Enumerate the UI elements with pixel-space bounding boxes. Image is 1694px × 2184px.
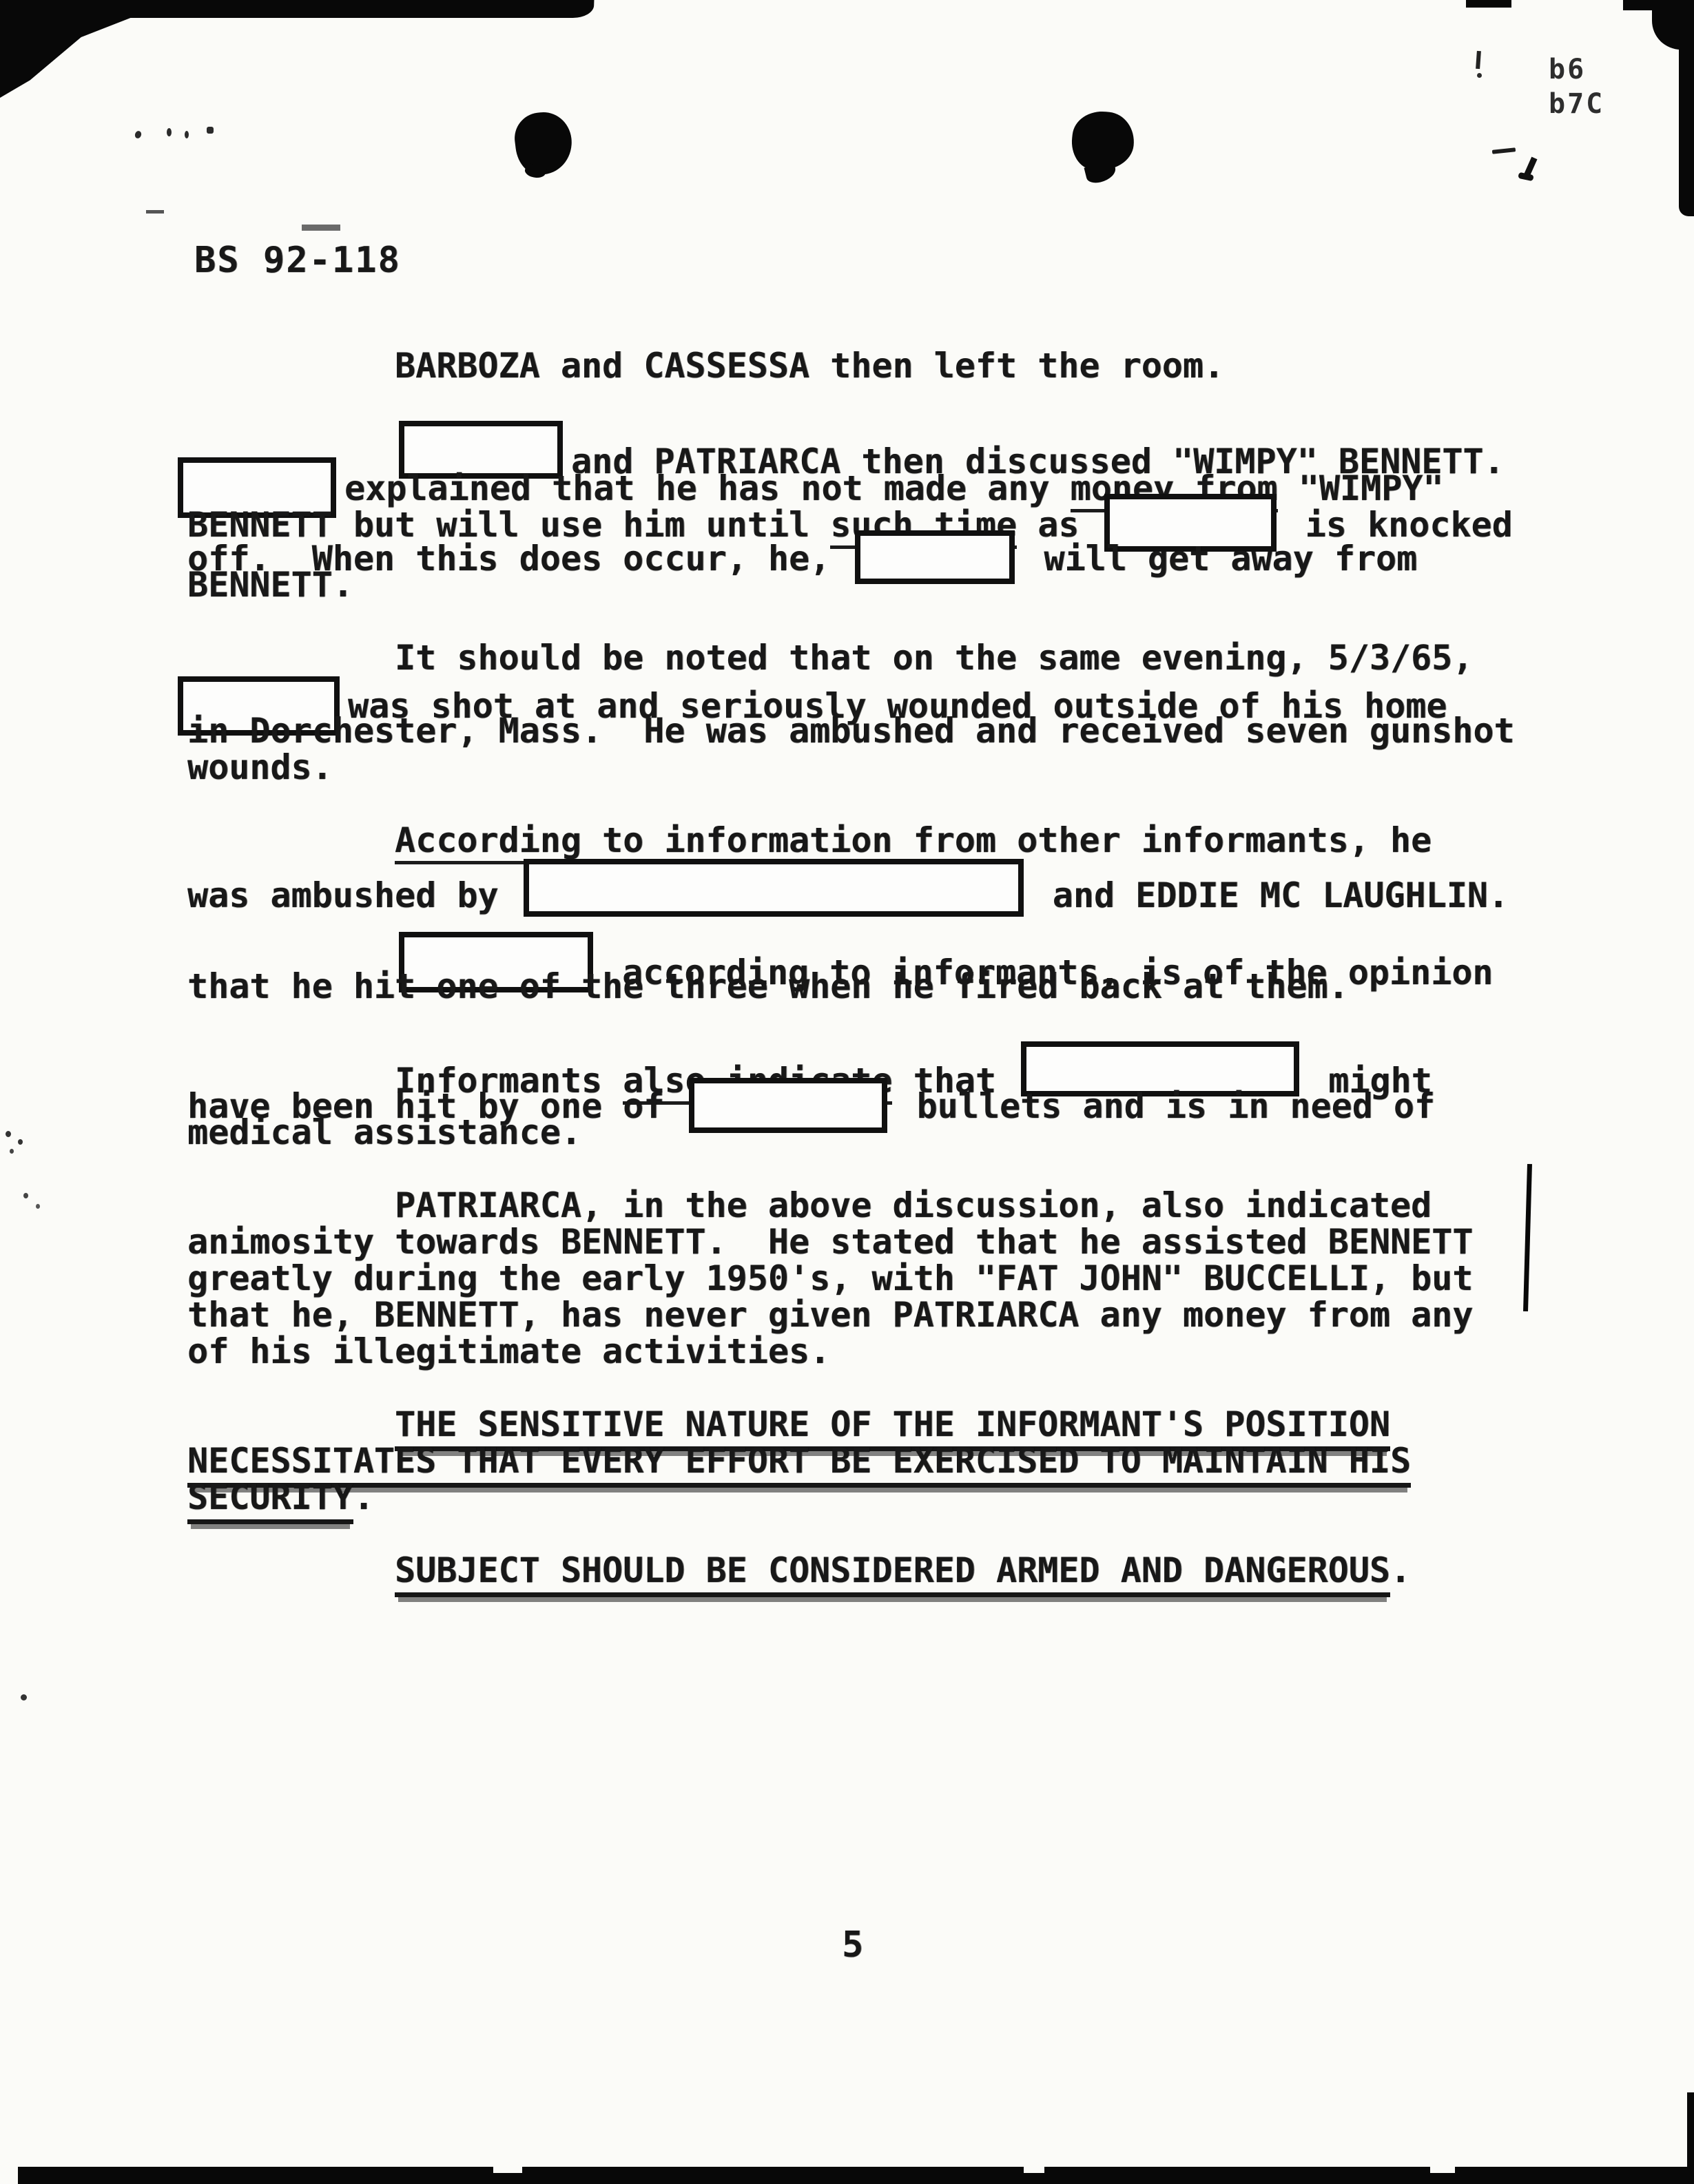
paragraph: according to informants, is of the opini… — [187, 932, 1572, 1005]
typed-line: have been hit by one of bullets and is i… — [187, 1078, 1572, 1114]
typed-line: off. When this does occur, he, will get … — [187, 530, 1572, 567]
scan-band-gap — [493, 2167, 522, 2173]
typed-text: wounds. — [187, 747, 333, 787]
typed-line: It should be noted that on the same even… — [187, 640, 1572, 676]
scan-edge-bottom-band — [18, 2167, 1694, 2184]
smudge-mark — [146, 210, 164, 214]
typed-text: bullets and is in need of — [896, 1086, 1435, 1126]
typed-line: in Dorchester, Mass. He was ambushed and… — [187, 713, 1572, 749]
classification-code-b7c: b7C — [1549, 87, 1604, 121]
paragraph: Informants also indicate that mighthave … — [187, 1041, 1572, 1151]
typed-text: BENNETT. — [187, 565, 353, 605]
margin-speck — [21, 1694, 27, 1701]
scan-edge-fragment — [1466, 0, 1511, 8]
paragraph: SUBJECT SHOULD BE CONSIDERED ARMED AND D… — [187, 1552, 1572, 1589]
redaction-box — [524, 859, 1024, 917]
pen-speck — [167, 128, 172, 136]
typed-document: BARBOZA and CASSESSA then left the room.… — [187, 348, 1572, 1625]
scan-edge-right-strip-bottom — [1687, 2092, 1694, 2184]
stray-arrow-mark — [1492, 147, 1516, 154]
stray-exclamation-mark — [1476, 51, 1481, 69]
paragraph: PATRIARCA, in the above discussion, also… — [187, 1187, 1572, 1370]
scanned-fbi-document-page: { "annotations": { "classification_codes… — [0, 0, 1694, 2184]
typed-text: will get away from — [1023, 539, 1417, 579]
classification-code-b6: b6 — [1549, 52, 1604, 87]
typed-text: SECURITY — [187, 1477, 353, 1524]
classification-codes: b6 b7C — [1549, 52, 1604, 121]
pen-speck — [207, 127, 214, 134]
typed-line: NECESSITATES THAT EVERY EFFORT BE EXERCI… — [187, 1443, 1572, 1479]
typed-text: other informants, he — [996, 820, 1432, 860]
typed-text: was ambushed by — [187, 875, 519, 915]
typed-line: PATRIARCA, in the above discussion, also… — [187, 1187, 1572, 1224]
typed-line: and PATRIARCA then discussed "WIMPY" BEN… — [187, 421, 1572, 457]
file-number: BS 92-118 — [194, 242, 401, 279]
typed-line: animosity towards BENNETT. He stated tha… — [187, 1224, 1572, 1260]
paragraph: According to information from other info… — [187, 822, 1572, 895]
typed-text: that he, BENNETT, has never given PATRIA… — [187, 1295, 1473, 1335]
pen-speck — [185, 131, 189, 138]
typed-text: PATRIARCA, in the above discussion, also… — [395, 1185, 1432, 1225]
redaction-box — [855, 530, 1015, 584]
typed-line: that he, BENNETT, has never given PATRIA… — [187, 1297, 1572, 1333]
paragraph: THE SENSITIVE NATURE OF THE INFORMANT'S … — [187, 1406, 1572, 1516]
typed-line: THE SENSITIVE NATURE OF THE INFORMANT'S … — [187, 1406, 1572, 1443]
typed-text: It should be noted that on the same even… — [395, 638, 1473, 678]
margin-speck — [6, 1131, 11, 1137]
typed-text: SUBJECT SHOULD BE CONSIDERED ARMED AND D… — [395, 1550, 1390, 1597]
typed-text: medical assistance. — [187, 1112, 581, 1152]
typed-line: according to informants, is of the opini… — [187, 932, 1572, 968]
typed-line: BARBOZA and CASSESSA then left the room. — [187, 348, 1572, 384]
typed-text: in Dorchester, Mass. He was ambushed and… — [187, 711, 1515, 751]
typed-line: wounds. — [187, 749, 1572, 786]
typed-line: greatly during the early 1950's, with "F… — [187, 1260, 1572, 1297]
stray-check-mark — [1518, 172, 1533, 181]
scan-band-gap — [1430, 2167, 1455, 2173]
pen-speck — [134, 130, 142, 139]
typed-text: animosity towards BENNETT. He stated tha… — [187, 1222, 1473, 1262]
paragraph: and PATRIARCA then discussed "WIMPY" BEN… — [187, 421, 1572, 603]
typed-line: SUBJECT SHOULD BE CONSIDERED ARMED AND D… — [187, 1552, 1572, 1589]
typed-text: According to information from — [395, 820, 996, 864]
page-number: 5 — [842, 1927, 863, 1964]
typed-text: . — [1390, 1550, 1411, 1590]
paragraph: It should be noted that on the same even… — [187, 640, 1572, 786]
scan-edge-right-strip — [1679, 0, 1694, 216]
typed-line: was ambushed by and EDDIE MC LAUGHLIN. — [187, 859, 1572, 895]
stray-exclamation-dot — [1477, 73, 1482, 78]
typed-line: was shot at and seriously wounded outsid… — [174, 676, 1572, 713]
paragraph: BARBOZA and CASSESSA then left the room. — [187, 348, 1572, 384]
typed-text: of his illegitimate activities. — [187, 1331, 830, 1371]
typed-text: that he hit one of the three when he fir… — [187, 966, 1349, 1006]
smudge-mark — [302, 225, 340, 231]
typed-line: explained that he has not made any money… — [174, 457, 1572, 494]
margin-speck — [18, 1139, 23, 1145]
margin-speck — [10, 1149, 14, 1154]
scan-band-gap — [1024, 2167, 1044, 2173]
redaction-box — [689, 1078, 887, 1133]
typed-text: . — [353, 1477, 374, 1517]
typed-line: of his illegitimate activities. — [187, 1333, 1572, 1370]
typed-text: BARBOZA and CASSESSA then left the room. — [395, 346, 1224, 386]
typed-line: BENNETT but will use him until such time… — [187, 494, 1572, 530]
typed-line: Informants also indicate that might — [187, 1041, 1572, 1078]
margin-speck — [36, 1204, 40, 1209]
typed-text: greatly during the early 1950's, with "F… — [187, 1258, 1473, 1298]
typed-line: According to information from other info… — [187, 822, 1572, 859]
margin-speck — [23, 1193, 28, 1198]
typed-text: and EDDIE MC LAUGHLIN. — [1032, 875, 1509, 915]
